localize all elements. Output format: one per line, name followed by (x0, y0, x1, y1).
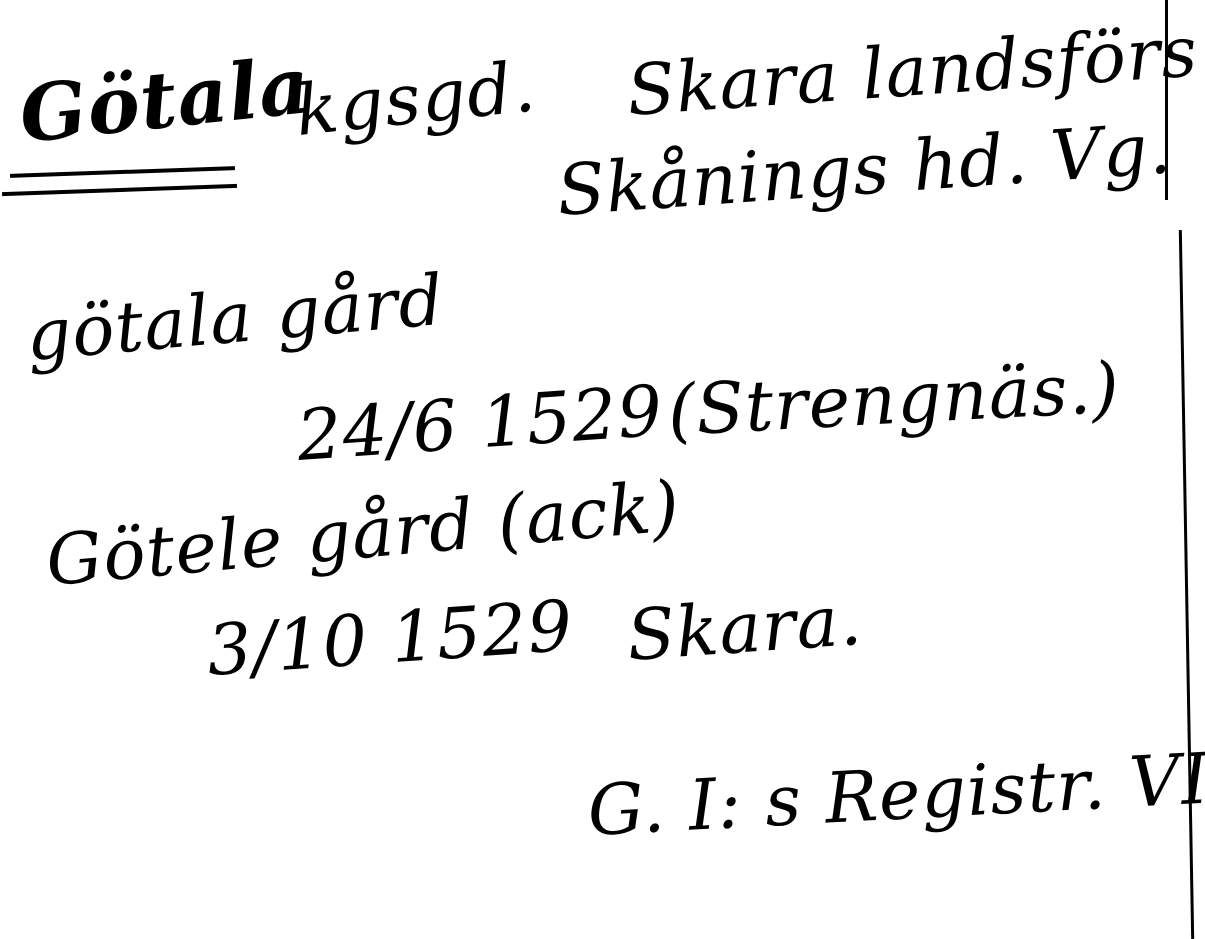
entry-2-date-place-date: 3/10 1529 (204, 585, 575, 692)
archive-slip: Götala kgsgd. Skara landsförs. Skånings … (0, 0, 1205, 939)
headword-underline-1 (10, 166, 235, 178)
card-edge-lower (1179, 230, 1194, 939)
entry-2-form: Götele gård (ack) (43, 465, 683, 602)
entry-1-place: (Strengnäs.) (666, 346, 1122, 452)
source-reference: G. I: s Registr. VI. (586, 736, 1205, 852)
headword: Götala (15, 40, 314, 161)
headword-type: kgsgd. (291, 45, 539, 152)
entry-1-date: 24/6 1529 (294, 370, 665, 477)
entry-2-place: Skara. (624, 579, 865, 677)
headword-underline-2 (2, 184, 237, 196)
entry-1-form: götala gård (23, 259, 448, 377)
